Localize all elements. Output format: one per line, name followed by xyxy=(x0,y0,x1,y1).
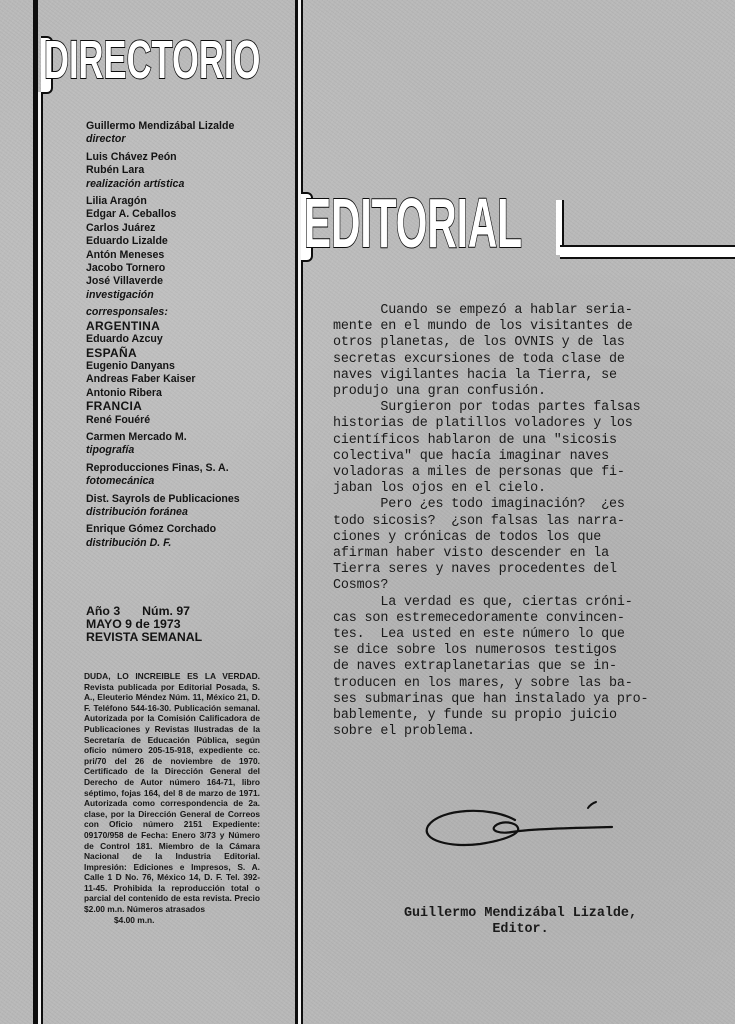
directory-list: Guillermo Mendizábal LizaldedirectorLuis… xyxy=(86,120,286,554)
staff-name: Lilia Aragón xyxy=(86,195,286,208)
correspondent-name: Eduardo Azcuy xyxy=(86,333,286,346)
staff-group: Guillermo Mendizábal Lizaldedirector xyxy=(86,120,286,147)
staff-name: Eduardo Lizalde xyxy=(86,235,286,248)
staff-group: Luis Chávez PeónRubén Lararealización ar… xyxy=(86,151,286,191)
staff-role: realización artística xyxy=(86,178,286,191)
issue-info: Año 3Núm. 97 MAYO 9 de 1973 REVISTA SEMA… xyxy=(86,605,202,644)
credit-group: Reproducciones Finas, S. A.fotomecánica xyxy=(86,462,286,489)
correspondent-country: FRANCIA xyxy=(86,400,286,413)
correspondent-country: ESPAÑA xyxy=(86,347,286,360)
correspondents-group: corresponsales:ARGENTINAEduardo AzcuyESP… xyxy=(86,306,286,427)
correspondents-label: corresponsales: xyxy=(86,306,286,319)
credit-name: Carmen Mercado M. xyxy=(86,431,286,444)
credit-role: distribución foránea xyxy=(86,506,286,519)
signature-icon xyxy=(420,798,620,858)
correspondent-name: René Fouéré xyxy=(86,414,286,427)
correspondent-name: Andreas Faber Kaiser xyxy=(86,373,286,386)
directorio-title: DIRECTORIO xyxy=(44,33,260,87)
credit-name: Enrique Gómez Corchado xyxy=(86,523,286,536)
staff-name: Rubén Lara xyxy=(86,164,286,177)
back-issue-price: $4.00 m.n. xyxy=(84,915,260,926)
correspondent-name: Eugenio Danyans xyxy=(86,360,286,373)
issue-frequency: REVISTA SEMANAL xyxy=(86,631,202,644)
staff-name: Luis Chávez Peón xyxy=(86,151,286,164)
staff-group: Lilia AragónEdgar A. CeballosCarlos Juár… xyxy=(86,195,286,302)
correspondent-country: ARGENTINA xyxy=(86,320,286,333)
legal-text: DUDA, LO INCREIBLE ES LA VERDAD. Revista… xyxy=(84,671,260,914)
staff-name: Edgar A. Ceballos xyxy=(86,208,286,221)
frame-line-left-inner xyxy=(41,92,43,1024)
credit-group: Dist. Sayrols de Publicacionesdistribuci… xyxy=(86,493,286,520)
signer-role: Editor. xyxy=(333,922,708,938)
credit-name: Reproducciones Finas, S. A. xyxy=(86,462,286,475)
credit-name: Dist. Sayrols de Publicaciones xyxy=(86,493,286,506)
staff-name: Guillermo Mendizábal Lizalde xyxy=(86,120,286,133)
editorial-body: Cuando se empezó a hablar seria- mente e… xyxy=(333,303,708,740)
credit-group: Carmen Mercado M.tipografía xyxy=(86,431,286,458)
credit-role: fotomecánica xyxy=(86,475,286,488)
credit-role: tipografía xyxy=(86,444,286,457)
editorial-title: EDITORIAL xyxy=(304,188,522,258)
signer-name: Guillermo Mendizábal Lizalde, xyxy=(333,906,708,922)
staff-name: Jacobo Tornero xyxy=(86,262,286,275)
staff-role: director xyxy=(86,133,286,146)
credit-group: Enrique Gómez Corchadodistribución D. F. xyxy=(86,523,286,550)
staff-name: Carlos Juárez xyxy=(86,222,286,235)
staff-role: investigación xyxy=(86,289,286,302)
editorial-rule xyxy=(560,245,735,259)
signature-block: Guillermo Mendizábal Lizalde, Editor. xyxy=(333,906,708,938)
correspondent-name: Antonio Ribera xyxy=(86,387,286,400)
magazine-page: DIRECTORIO Guillermo Mendizábal Lizalded… xyxy=(0,0,735,1024)
staff-name: Antón Meneses xyxy=(86,249,286,262)
legal-notice: DUDA, LO INCREIBLE ES LA VERDAD. Revista… xyxy=(84,671,260,925)
credit-role: distribución D. F. xyxy=(86,537,286,550)
staff-name: José Villaverde xyxy=(86,275,286,288)
frame-line-center-right xyxy=(301,0,303,1024)
